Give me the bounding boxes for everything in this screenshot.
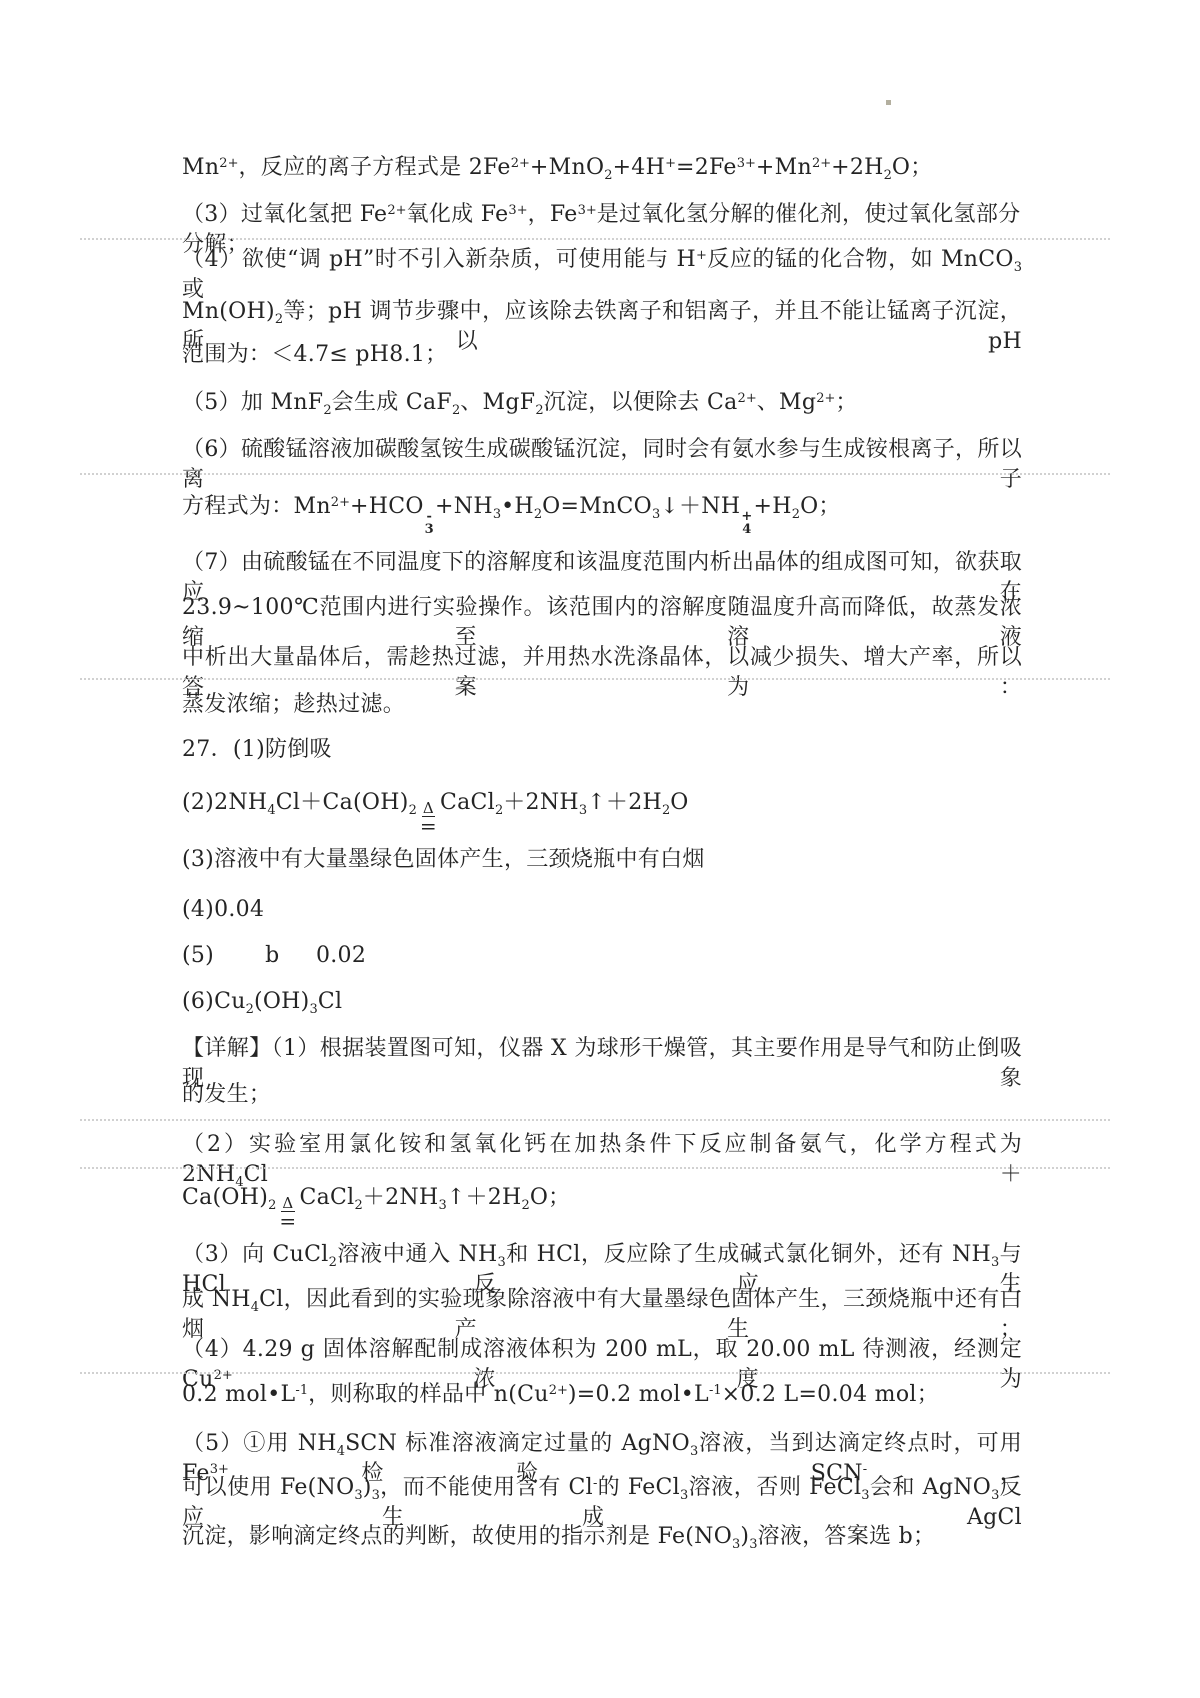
stacked-charge-subscript: -3	[425, 510, 434, 536]
stacked-charge-subscript: +4	[741, 510, 752, 536]
dotted-divider	[80, 473, 1110, 475]
text-line: （5）加 MnF2会生成 CaF2、MgF2沉淀，以便除去 Ca2+、Mg2+；	[182, 388, 1022, 418]
dotted-divider	[80, 678, 1110, 680]
text-line: （4）欲使“调 pH”时不引入新杂质，可使用能与 H+反应的锰的化合物，如 Mn…	[182, 245, 1022, 275]
scan-artifact-dot	[886, 100, 891, 105]
text-line: 27．(1)防倒吸	[182, 735, 1022, 765]
dotted-divider	[80, 238, 1110, 240]
dotted-divider	[80, 1167, 1110, 1169]
text-line: 范围为：＜4.7≤ pH8.1；	[182, 340, 1022, 370]
text-line: (6)Cu2(OH)3Cl	[182, 987, 1022, 1017]
text-line: Mn2+，反应的离子方程式是 2Fe2++MnO2+4H+=2Fe3++Mn2+…	[182, 153, 1022, 183]
document-page: Mn2+，反应的离子方程式是 2Fe2++MnO2+4H+=2Fe3++Mn2+…	[0, 0, 1200, 1698]
text-line: 0.2 mol•L-1，则称取的样品中 n(Cu2+)=0.2 mol•L-1×…	[182, 1380, 1022, 1410]
text-line: （7）由硫酸锰在不同温度下的溶解度和该温度范围内析出晶体的组成图可知，欲获取应在	[182, 548, 1022, 578]
text-line: (2)2NH4Cl＋Ca(OH)2Δ=CaCl2＋2NH3↑＋2H2O	[182, 788, 1022, 818]
delta-heating-symbol: Δ=	[279, 1196, 296, 1230]
text-line: 方程式为：Mn2++HCO-3+NH3•H2O=MnCO3↓＋NH+4+H2O；	[182, 492, 1022, 522]
text-line: （6）硫酸锰溶液加碳酸氢铵生成碳酸锰沉淀，同时会有氨水参与生成铵根离子，所以离子	[182, 435, 1022, 465]
text-line: （5）①用 NH4SCN 标准溶液滴定过量的 AgNO3溶液，当到达滴定终点时，…	[182, 1429, 1022, 1459]
dotted-divider	[80, 1372, 1110, 1374]
text-line: 可以使用 Fe(NO3)3，而不能使用含有 Cl-的 FeCl3溶液，否则 Fe…	[182, 1473, 1022, 1503]
text-line: （3）过氧化氢把 Fe2+氧化成 Fe3+，Fe3+是过氧化氢分解的催化剂，使过…	[182, 200, 1022, 230]
text-line: 中析出大量晶体后，需趁热过滤，并用热水洗涤晶体，以减少损失、增大产率，所以答案为…	[182, 643, 1022, 673]
text-line: (3)溶液中有大量墨绿色固体产生，三颈烧瓶中有白烟	[182, 845, 1022, 875]
text-line: （4）4.29 g 固体溶解配制成溶液体积为 200 mL，取 20.00 mL…	[182, 1335, 1022, 1365]
delta-heating-symbol: Δ=	[420, 801, 437, 835]
text-line: （2）实验室用氯化铵和氢氧化钙在加热条件下反应制备氨气，化学方程式为 2NH4C…	[182, 1130, 1022, 1160]
dotted-divider	[80, 1119, 1110, 1121]
text-line: (5) b 0.02	[182, 941, 1022, 971]
text-line: (4)0.04	[182, 895, 1022, 925]
text-line: （3）向 CuCl2溶液中通入 NH3和 HCl，反应除了生成碱式氯化铜外，还有…	[182, 1240, 1022, 1270]
text-line: Mn(OH)2等；pH 调节步骤中，应该除去铁离子和铝离子，并且不能让锰离子沉淀…	[182, 297, 1022, 327]
text-line: 【详解】（1）根据装置图可知，仪器 X 为球形干燥管，其主要作用是导气和防止倒吸…	[182, 1034, 1022, 1064]
text-line: 沉淀，影响滴定终点的判断，故使用的指示剂是 Fe(NO3)3溶液，答案选 b；	[182, 1522, 1022, 1552]
text-line: 23.9~100℃范围内进行实验操作。该范围内的溶解度随温度升高而降低，故蒸发浓…	[182, 593, 1022, 623]
text-line: 的发生；	[182, 1080, 1022, 1110]
text-line: Ca(OH)2Δ=CaCl2＋2NH3↑＋2H2O；	[182, 1183, 1022, 1213]
text-line: 蒸发浓缩；趁热过滤。	[182, 690, 1022, 720]
text-line: 成 NH4Cl，因此看到的实验现象除溶液中有大量墨绿色固体产生，三颈烧瓶中还有白…	[182, 1285, 1022, 1315]
